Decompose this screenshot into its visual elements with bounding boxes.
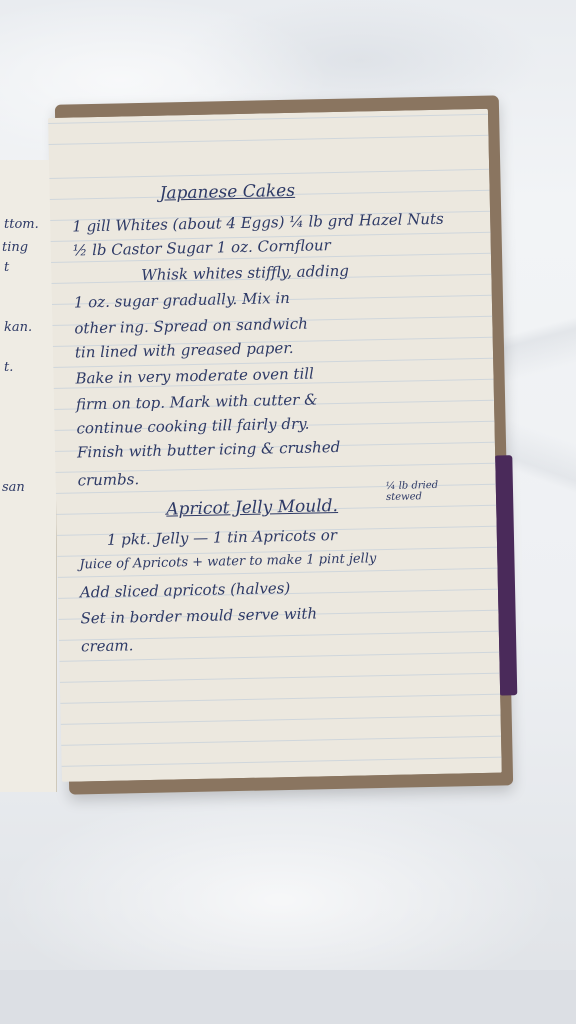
recipe-line: cream.	[81, 636, 134, 655]
recipe-line: Whisk whites stiffly, adding	[141, 262, 349, 284]
recipe-line: Add sliced apricots (halves)	[80, 579, 291, 601]
recipe-title: Apricot Jelly Mould.	[166, 496, 338, 520]
surface	[0, 970, 576, 1024]
right-page: Japanese Cakes 1 gill Whites (about 4 Eg…	[48, 109, 502, 782]
recipe-line: Set in border mould serve with	[80, 604, 317, 627]
recipe-line: Juice of Apricots + water to make 1 pint…	[79, 551, 376, 572]
recipe-line: ½ lb Castor Sugar 1 oz. Cornflour	[73, 236, 331, 259]
recipe-line: crumbs.	[77, 470, 139, 489]
left-page: ttom. ting t kan. t. san	[0, 160, 57, 792]
recipe-line: Finish with butter icing & crushed	[77, 438, 341, 462]
recipe-line: Bake in very moderate oven till	[75, 364, 314, 387]
recipe-line: 1 pkt. Jelly — 1 tin Apricots or	[107, 526, 337, 549]
left-fragment: t	[4, 260, 9, 275]
left-fragment: san	[2, 480, 25, 495]
left-fragment: kan.	[4, 320, 32, 335]
left-fragment: t.	[4, 360, 13, 375]
recipe-line: tin lined with greased paper.	[75, 339, 294, 362]
left-fragment: ttom.	[4, 217, 39, 232]
recipe-line: 1 oz. sugar gradually. Mix in	[74, 289, 290, 312]
recipe-line: continue cooking till fairly dry.	[76, 415, 309, 438]
margin-note: ¼ lb dried stewed	[386, 480, 446, 503]
recipe-line: firm on top. Mark with cutter &	[76, 390, 318, 413]
recipe-line: other ing. Spread on sandwich	[74, 315, 308, 338]
recipe-line: 1 gill Whites (about 4 Eggs) ¼ lb grd Ha…	[72, 210, 444, 236]
recipe-title: Japanese Cakes	[159, 181, 295, 204]
left-fragment: ting	[2, 240, 28, 255]
